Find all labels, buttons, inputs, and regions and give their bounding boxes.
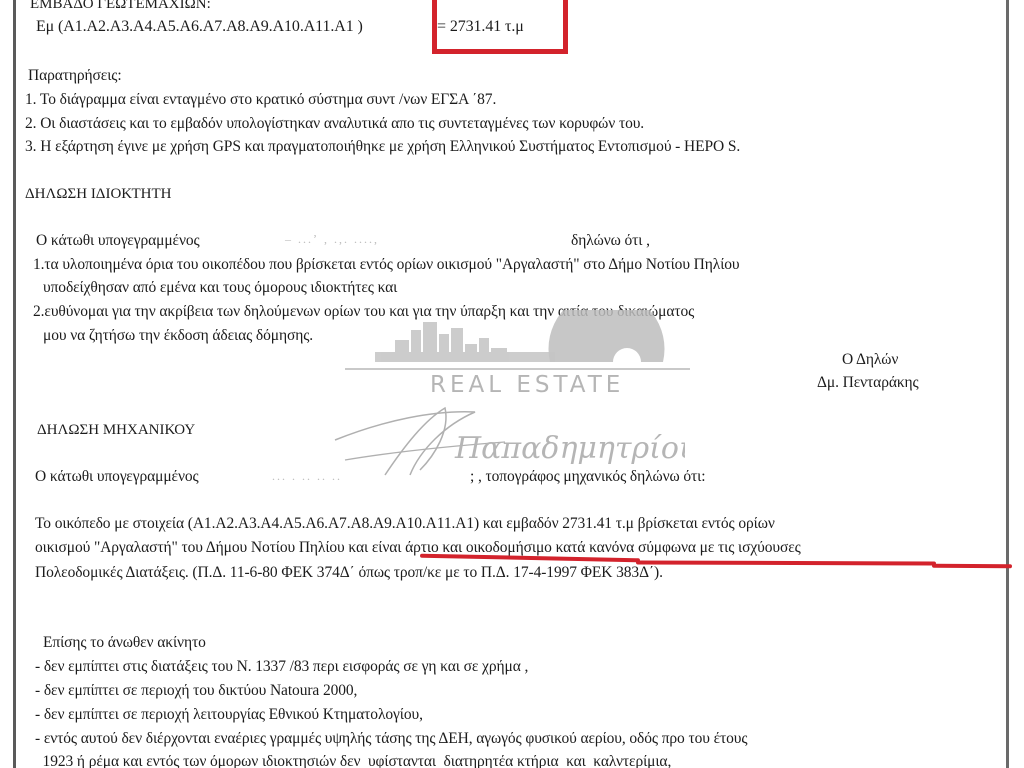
owner-signature-name: Δμ. Πενταράκης (817, 373, 919, 393)
page-border-right (1006, 0, 1009, 768)
additional-item: - δεν εμπίπτει σε περιοχή λειτουργίας Εθ… (35, 705, 423, 725)
owner-line: 2.ευθύνομαι για την ακρίβεια των δηλούμε… (33, 302, 694, 322)
red-underline-annotation (636, 560, 936, 565)
svg-text:Παπαδημητρίου: Παπαδημητρίου (454, 431, 685, 466)
owner-intro-end: δηλώνω ότι , (571, 231, 650, 251)
area-highlight-box (432, 0, 568, 54)
area-formula: Εμ (Α1.Α2.Α3.Α4.Α5.Α6.Α7.Α8.Α9.Α10.Α11.Α… (36, 17, 363, 37)
remark-item: 3. Η εξάρτηση έγινε με χρήση GPS και πρα… (25, 137, 740, 157)
owner-declaration-title: ΔΗΛΩΣΗ ΙΔΙΟΚΤΗΤΗ (25, 184, 171, 204)
page-border-left (13, 0, 16, 768)
owner-signature-label: Ο Δηλών (842, 350, 898, 370)
owner-line: 1.τα υλοποιημένα όρια του οικοπέδου που … (33, 255, 740, 275)
engineer-name-redacted: ... . .. .. .. (272, 466, 342, 486)
area-heading: ΕΜΒΑΔΟ ΓΕΩΤΕΜΑΧΙΩΝ: (30, 0, 211, 14)
owner-line: υποδείχθησαν από εμένα και τους όμορους … (43, 278, 397, 298)
owner-name-redacted: – ...ʼ , .,. ...., (285, 229, 379, 249)
engineer-declaration-title: ΔΗΛΩΣΗ ΜΗΧΑΝΙΚΟΥ (37, 420, 195, 440)
red-underline-annotation (932, 564, 1012, 568)
owner-intro-start: Ο κάτωθι υπογεγραμμένος (36, 231, 200, 251)
engineer-statement-line: οικισμού "Αργαλαστή" του Δήμου Νοτίου Πη… (35, 538, 801, 558)
real-estate-watermark-text: REAL ESTATE (430, 372, 624, 398)
additional-item: 1923 ή ρέμα και εντός των όμορων ιδιοκτη… (35, 752, 671, 768)
remark-item: 1. Το διάγραμμα είναι ενταγμένο στο κρατ… (25, 90, 496, 110)
additional-item: - εντός αυτού δεν διέρχονται εναέριες γρ… (35, 729, 747, 749)
engineer-intro-end: ; , τοπογράφος μηχανικός δηλώνω ότι: (470, 467, 705, 487)
additional-item: - δεν εμπίπτει στις διατάξεις του Ν. 133… (35, 657, 528, 677)
engineer-intro-start: Ο κάτωθι υπογεγραμμένος (35, 467, 199, 487)
remark-item: 2. Οι διαστάσεις και το εμβαδόν υπολογίσ… (25, 114, 644, 134)
owner-line: μου να ζητήσω την έκδοση άδειας δόμησης. (43, 326, 313, 346)
additional-intro: Επίσης το άνωθεν ακίνητο (43, 633, 206, 653)
additional-item: - δεν εμπίπτει σε περιοχή του δικτύου Na… (35, 681, 357, 701)
remarks-title: Παρατηρήσεις: (28, 66, 122, 86)
engineer-statement-line: Το οικόπεδο με στοιχεία (Α1.Α2.Α3.Α4.Α5.… (35, 514, 775, 534)
engineer-statement-line: Πολεοδομικές Διατάξεις. (Π.Δ. 11-6-80 ΦΕ… (35, 563, 663, 583)
